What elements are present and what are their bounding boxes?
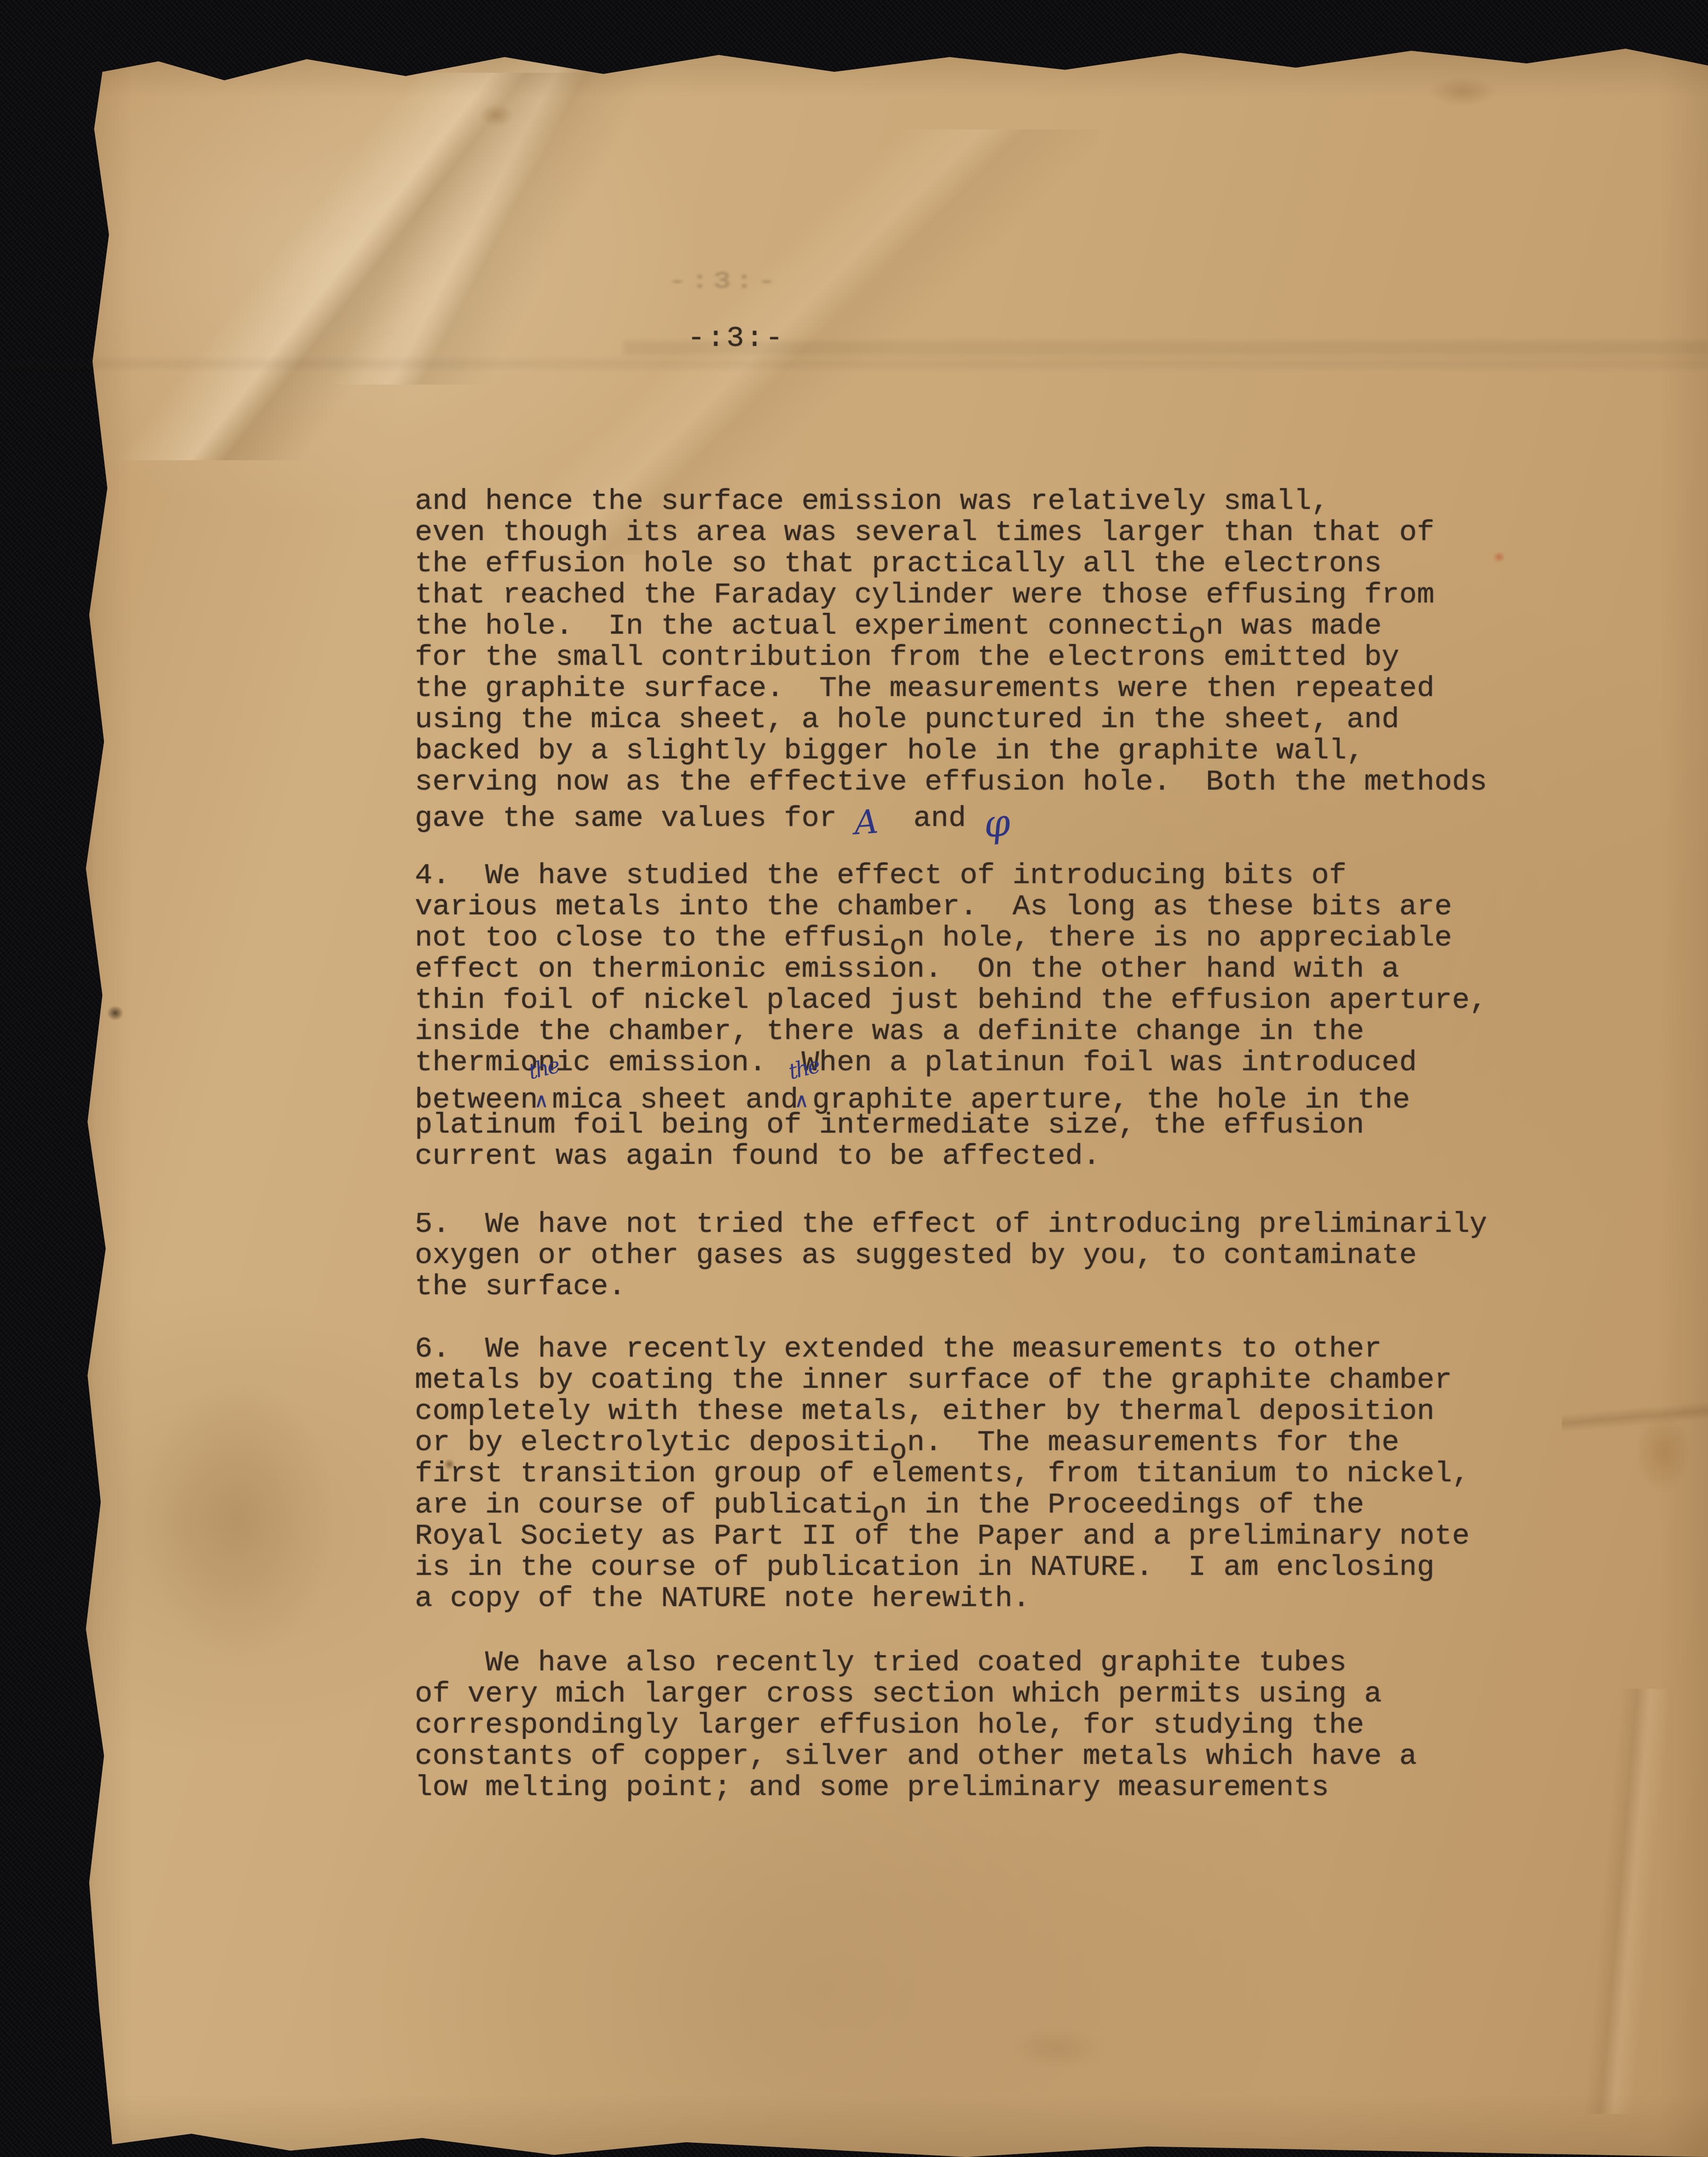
paragraph-closing: We have also recently tried coated graph… (415, 1647, 1643, 1803)
paragraph-6: 6. We have recently extended the measure… (415, 1333, 1643, 1614)
typed-text: various metals into the chamber. As long… (415, 890, 1452, 923)
typed-text: the hole. In the actual experiment conne… (415, 609, 1188, 643)
typed-text: are in course of publicati (415, 1488, 872, 1521)
typed-text: and (878, 801, 984, 835)
typed-text: the surface. (415, 1270, 626, 1303)
typed-text: current was again found to be affected. (415, 1139, 1100, 1173)
typed-text: of very mich larger cross section which … (415, 1677, 1382, 1710)
scanned-letter-page: -:3:- -:3:- and hence the surface emissi… (0, 0, 1708, 2157)
typed-text: n. The measurements for the (907, 1426, 1399, 1459)
text-line: first transition group of elements, from… (415, 1458, 1643, 1489)
typed-text: n in the Proceedings of the (890, 1488, 1365, 1521)
text-line: constants of copper, silver and other me… (415, 1741, 1643, 1772)
typed-text: 4. We have studied the effect of introdu… (415, 859, 1347, 892)
text-line: and hence the surface emission was relat… (415, 486, 1643, 517)
text-line: the effusion hole so that practically al… (415, 548, 1643, 579)
typed-text: n hole, there is no appreciable (907, 921, 1452, 954)
paragraph-continuation: and hence the surface emission was relat… (415, 486, 1643, 829)
text-line: low melting point; and some preliminary … (415, 1772, 1643, 1803)
text-line: metals by coating the inner surface of t… (415, 1365, 1643, 1396)
text-line: inside the chamber, there was a definite… (415, 1016, 1643, 1047)
page-number: -:3:- (687, 321, 785, 355)
handwritten-word: the (526, 1054, 561, 1083)
text-line: 4. We have studied the effect of introdu… (415, 860, 1643, 891)
typed-text: backed by a slightly bigger hole in the … (415, 734, 1364, 767)
text-line: or by electrolytic deposition. The measu… (415, 1427, 1643, 1458)
stain-spot (116, 1339, 362, 1698)
text-line: 5. We have not tried the effect of intro… (415, 1209, 1643, 1240)
text-line: the hole. In the actual experiment conne… (415, 610, 1643, 642)
stain-spot (105, 1004, 126, 1023)
typed-text: platinum foil being of intermediate size… (415, 1108, 1364, 1142)
text-line: of very mich larger cross section which … (415, 1678, 1643, 1710)
text-line: platinum foil being of intermediate size… (415, 1109, 1643, 1141)
typed-text: using the mica sheet, a hole punctured i… (415, 703, 1399, 736)
paragraph-4: 4. We have studied the effect of introdu… (415, 860, 1643, 1172)
typed-text: 6. We have recently extended the measure… (415, 1332, 1382, 1366)
typed-text: that reached the Faraday cylinder were t… (415, 578, 1434, 611)
typed-text: oxygen or other gases as suggested by yo… (415, 1238, 1417, 1272)
text-line: thin foil of nickel placed just behind t… (415, 985, 1643, 1016)
text-line: effect on thermionic emission. On the ot… (415, 954, 1643, 985)
text-line: gave the same values for A and φ (415, 798, 1643, 829)
typed-text: thermionic emission. When a platinun foi… (415, 1046, 1417, 1079)
typed-text: or by electrolytic depositi (415, 1426, 890, 1459)
text-line: a copy of the NATURE note herewith. (415, 1583, 1643, 1614)
text-line: current was again found to be affected. (415, 1141, 1643, 1172)
text-line: is in the course of publication in NATUR… (415, 1552, 1643, 1583)
typed-text: constants of copper, silver and other me… (415, 1739, 1417, 1773)
text-line: using the mica sheet, a hole punctured i… (415, 704, 1643, 735)
dropped-letter: o (872, 1498, 889, 1529)
text-line: correspondingly larger effusion hole, fo… (415, 1710, 1643, 1741)
typed-text: the graphite surface. The measurements w… (415, 671, 1434, 705)
typed-text: 5. We have not tried the effect of intro… (415, 1207, 1487, 1241)
text-line: for the small contribution from the elec… (415, 642, 1643, 673)
typed-text: inside the chamber, there was a definite… (415, 1014, 1364, 1048)
stain-spot (1420, 73, 1505, 111)
handwritten-symbol: A (853, 806, 879, 838)
typed-text: thin foil of nickel placed just behind t… (415, 983, 1487, 1017)
ghost-page-number: -:3:- (669, 268, 780, 295)
text-line: oxygen or other gases as suggested by yo… (415, 1240, 1643, 1271)
caret-mark: ∧ (794, 1091, 809, 1110)
text-line: serving now as the effective effusion ho… (415, 766, 1643, 798)
typed-text: not too close to the effusi (415, 921, 890, 954)
handwritten-insertion: the∧ (538, 1078, 552, 1108)
stain-spot (995, 2020, 1118, 2076)
paper-crease (78, 73, 622, 460)
typed-text: low melting point; and some preliminary … (415, 1770, 1329, 1804)
typed-text: first transition group of elements, from… (415, 1457, 1469, 1490)
typed-text: serving now as the effective effusion ho… (415, 765, 1487, 799)
text-line: that reached the Faraday cylinder were t… (415, 579, 1643, 610)
typed-text: metals by coating the inner surface of t… (415, 1363, 1452, 1397)
paper-crease (182, 54, 773, 385)
text-line: not too close to the effusion hole, ther… (415, 922, 1643, 954)
text-line: completely with these metals, either by … (415, 1396, 1643, 1427)
dropped-letter: o (890, 1435, 907, 1467)
typed-text: correspondingly larger effusion hole, fo… (415, 1708, 1364, 1742)
text-line: various metals into the chamber. As long… (415, 891, 1643, 922)
text-line: betweenthe∧mica sheet andthe∧graphite ap… (415, 1078, 1643, 1109)
dropped-letter: o (890, 931, 907, 962)
typed-text: n was made (1206, 609, 1382, 643)
handwritten-insertion: the∧ (798, 1078, 812, 1108)
paragraph-5: 5. We have not tried the effect of intro… (415, 1209, 1643, 1302)
typed-text: and hence the surface emission was relat… (415, 484, 1329, 518)
handwritten-word: the (787, 1054, 821, 1083)
text-line: 6. We have recently extended the measure… (415, 1333, 1643, 1365)
caret-mark: ∧ (534, 1091, 549, 1110)
text-line: backed by a slightly bigger hole in the … (415, 735, 1643, 766)
stain-spot (475, 101, 518, 129)
text-line: the graphite surface. The measurements w… (415, 673, 1643, 704)
text-line: thermionic emission. When a platinun foi… (415, 1047, 1643, 1078)
typed-text: the effusion hole so that practically al… (415, 547, 1382, 580)
typed-text: even though its area was several times l… (415, 516, 1434, 549)
text-line: We have also recently tried coated graph… (415, 1647, 1643, 1678)
typed-text: completely with these metals, either by … (415, 1394, 1434, 1428)
typed-text: We have also recently tried coated graph… (415, 1646, 1347, 1679)
text-line: are in course of publication in the Proc… (415, 1489, 1643, 1521)
text-line: even though its area was several times l… (415, 517, 1643, 548)
typed-text: is in the course of publication in NATUR… (415, 1550, 1434, 1584)
typed-text: for the small contribution from the elec… (415, 640, 1399, 674)
typed-text: a copy of the NATURE note herewith. (415, 1581, 1030, 1615)
text-line: the surface. (415, 1271, 1643, 1302)
handwritten-symbol: φ (982, 807, 1012, 840)
typed-text: Royal Society as Part II of the Paper an… (415, 1519, 1469, 1553)
stain-spot (54, 140, 108, 218)
typed-text: gave the same values for (415, 801, 854, 835)
dropped-letter: o (1188, 619, 1206, 650)
text-line: Royal Society as Part II of the Paper an… (415, 1521, 1643, 1552)
